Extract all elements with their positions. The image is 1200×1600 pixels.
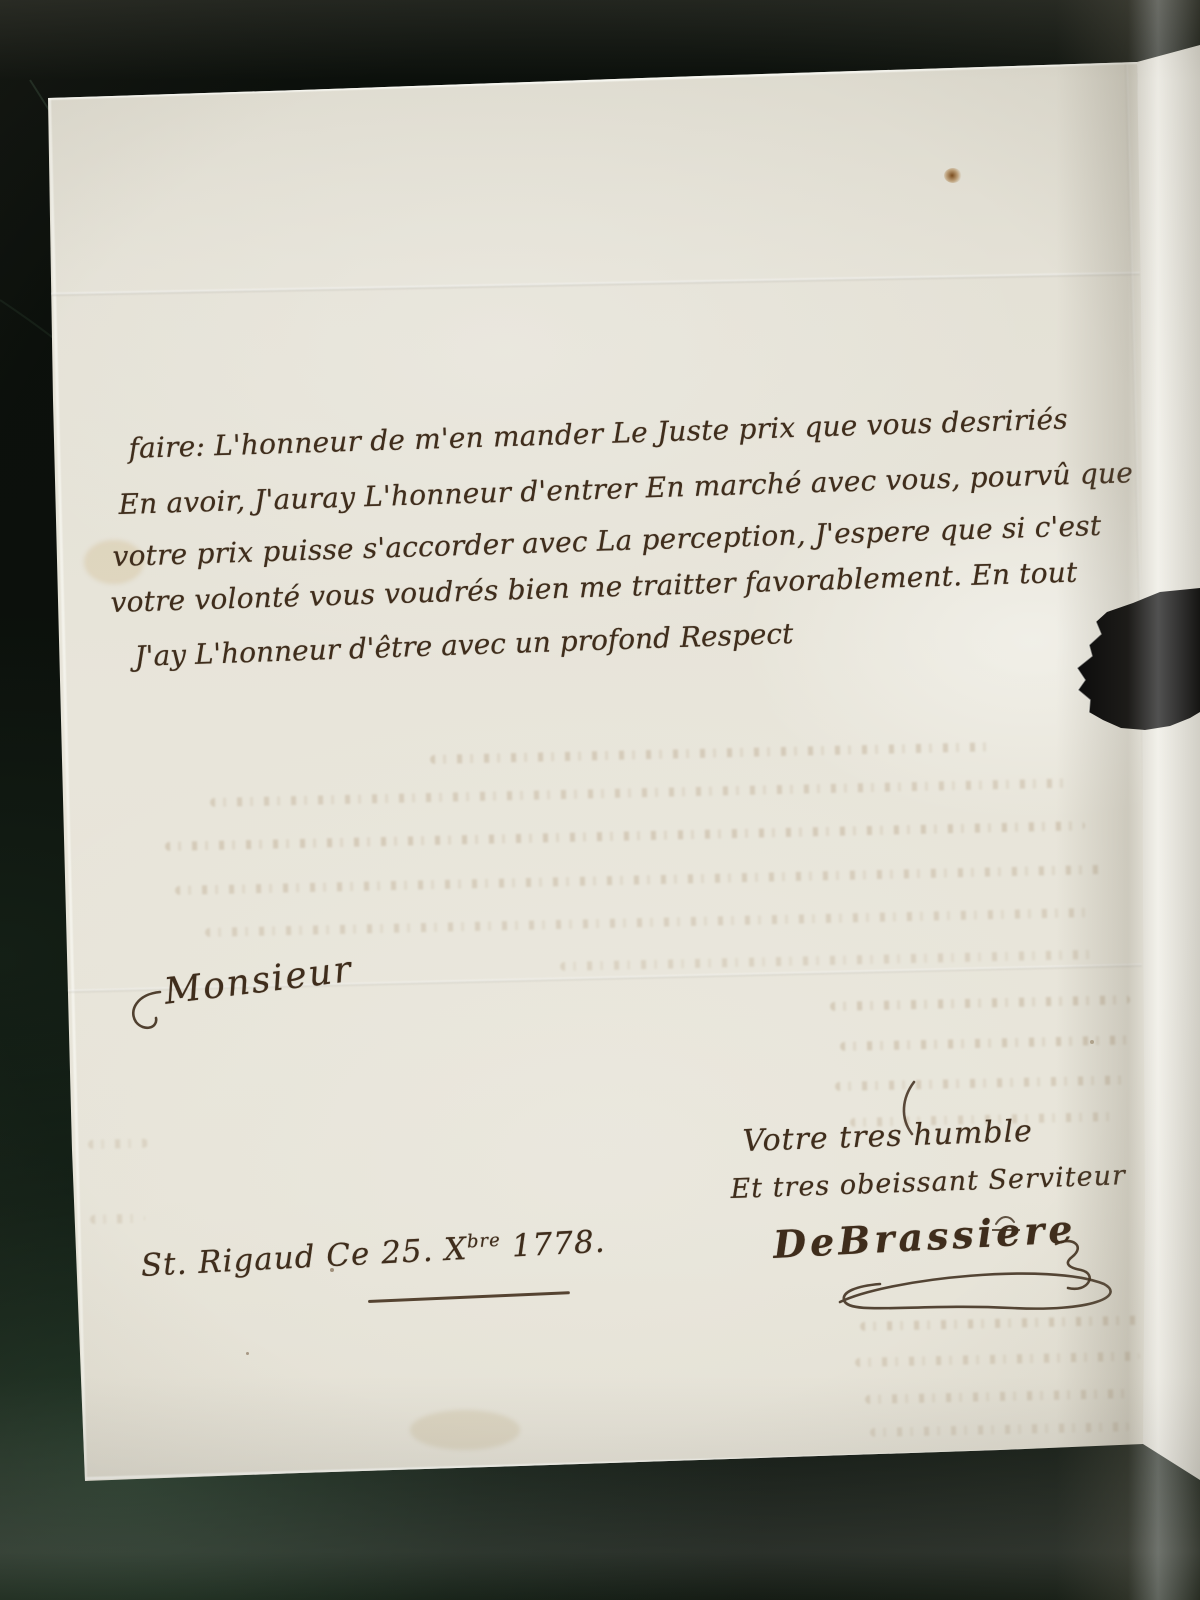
ink-showthrough — [860, 1316, 1140, 1331]
ink-showthrough — [840, 1035, 1130, 1051]
ink-showthrough — [205, 908, 1095, 937]
speck — [246, 1352, 249, 1355]
closing-line-1: Votre tres humble — [742, 1114, 1033, 1159]
ink-showthrough — [430, 742, 990, 764]
signature: DeBrassiere — [772, 1206, 1077, 1267]
page-top-edge — [48, 61, 1138, 100]
dateline: St. Rigaud Ce 25. Xbre 1778. — [140, 1224, 606, 1284]
ink-showthrough — [165, 821, 1085, 851]
rust-spot — [944, 168, 962, 183]
letter-body-line: En avoir, J'auray L'honneur d'entrer En … — [118, 456, 1133, 521]
ink-showthrough — [210, 778, 1070, 807]
photograph-of-letter: faire: L'honneur de m'en mander Le Juste… — [0, 0, 1200, 1600]
ink-showthrough — [88, 1139, 148, 1149]
ink-showthrough — [830, 995, 1130, 1011]
ink-showthrough — [870, 1422, 1130, 1437]
ink-showthrough — [835, 1075, 1130, 1091]
letter-salutation: Monsieur — [162, 949, 355, 1013]
ink-showthrough — [855, 1352, 1140, 1367]
salutation-flourish — [120, 984, 170, 1038]
closing-line-2: Et tres obeissant Serviteur — [730, 1160, 1126, 1205]
dateline-place-day: St. Rigaud Ce 25. X — [140, 1231, 468, 1284]
bottom-stain — [410, 1410, 520, 1450]
dateline-underline — [368, 1291, 570, 1303]
letter-page: faire: L'honneur de m'en mander Le Juste… — [0, 0, 1200, 1600]
dateline-year: 1778. — [500, 1224, 606, 1265]
dateline-month-superscript: bre — [466, 1230, 501, 1253]
letter-body-line: faire: L'honneur de m'en mander Le Juste… — [128, 402, 1068, 465]
torn-hole — [1060, 580, 1200, 736]
fold-crease-top — [48, 272, 1140, 296]
page-bottom-edge — [86, 1446, 1144, 1480]
page-left-edge — [48, 98, 87, 1482]
ink-showthrough — [175, 865, 1105, 895]
ink-showthrough — [90, 1214, 145, 1224]
letter-valediction: J'ay L'honneur d'être avec un profond Re… — [134, 617, 794, 673]
ink-showthrough — [865, 1389, 1135, 1404]
